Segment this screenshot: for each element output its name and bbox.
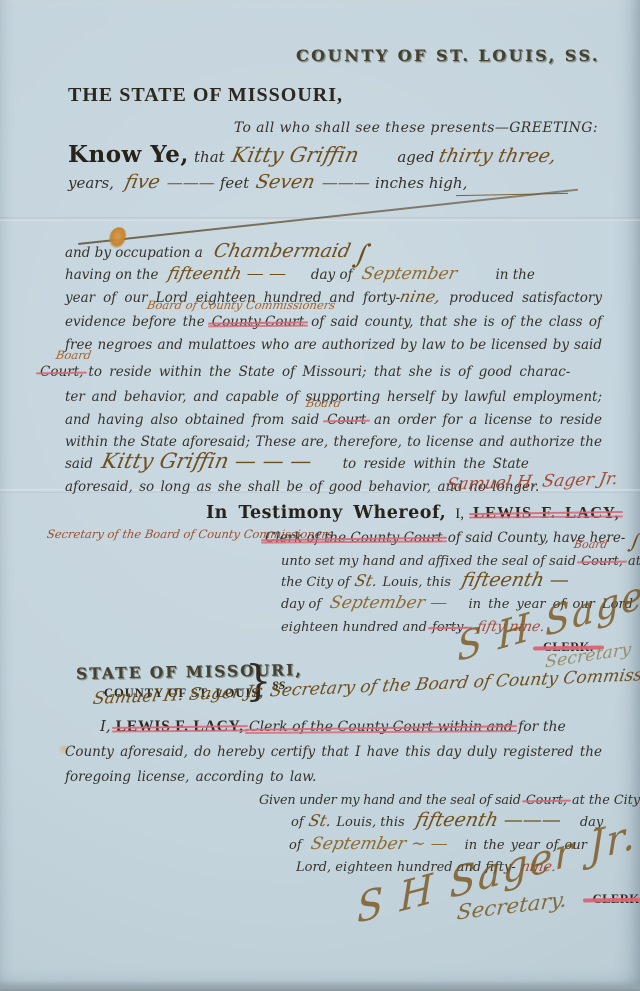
name-repeat-line: said Kitty Griffin — — — to reside withi…	[65, 451, 529, 473]
printed-said: said	[65, 456, 93, 472]
obtained-line: and having also obtained from said Court…	[65, 409, 602, 429]
printed-years: years,	[68, 174, 114, 192]
court-struck: Court,	[526, 793, 567, 809]
intro-line-2: years, five ——— feet Seven ——— inches hi…	[68, 173, 467, 193]
within-line: within the State aforesaid; These are, t…	[65, 431, 602, 451]
day-entry: fifteenth — —	[166, 266, 288, 283]
board-commissioners-annotation: Board of County Commissioners	[146, 300, 336, 312]
clerk-label-struck: CLERK.	[593, 892, 640, 907]
page-bottom-edge	[0, 981, 640, 991]
printed-class-label: of said county, that she is of the class…	[311, 314, 602, 330]
day-entry: fifteenth ———	[414, 811, 563, 830]
intro-line-1: Know Ye, that Kitty Griffin aged thirty …	[68, 141, 556, 168]
height-inches-entry: Seven	[254, 173, 317, 192]
printed-to-reside: to reside within the State	[343, 456, 529, 472]
printed-feet: feet	[220, 174, 249, 192]
st-entry: St.	[307, 813, 333, 829]
month-entry: September ~ —	[309, 836, 449, 853]
testimony-city-line: the City of St. Louis, this fifteenth —	[281, 571, 569, 591]
court-struck: Court,	[581, 554, 623, 570]
printed-foregoing-line: foregoing license, according to law.	[65, 769, 316, 785]
printed-at: at	[628, 554, 640, 569]
occupation-entry: Chambermaid	[212, 242, 352, 261]
certification-clerk-line: I, LEWIS F. LACY, Clerk of the County Co…	[100, 716, 566, 737]
printed-free-line: free negroes and mulattoes who are autho…	[65, 337, 602, 353]
printed-of: of	[289, 838, 302, 853]
printed-certify-line: County aforesaid, do hereby certify that…	[65, 744, 602, 760]
printed-obtained-label: and having also obtained from said	[65, 412, 319, 428]
name-entry: Kitty Griffin	[230, 145, 361, 166]
month-entry: September —	[328, 595, 449, 612]
foregoing-line: foregoing license, according to law.	[65, 766, 316, 786]
county-court-struck: County Court	[212, 314, 304, 331]
testimony-unto-line: unto set my hand and affixed the seal of…	[281, 550, 640, 570]
printed-day-of: day of	[311, 267, 353, 283]
printed-within-line: within the State aforesaid; These are, t…	[65, 434, 602, 450]
given-line: Given under my hand and the seal of said…	[259, 789, 640, 809]
printed-louis-this: Louis, this	[336, 815, 404, 830]
printed-given-line: Given under my hand and the seal of said	[259, 793, 521, 808]
printed-reside-line: to reside within the State of Missouri; …	[88, 364, 570, 380]
printed-eighteen: eighteen hundred and	[281, 620, 427, 635]
evidence-line: evidence before the County Court of said…	[65, 311, 602, 331]
county-ss-heading: COUNTY OF ST. LOUIS, SS.	[296, 46, 600, 65]
in-testimony-heading: In Testimony Whereof,	[206, 503, 446, 523]
document-page: COUNTY OF ST. LOUIS, SS. THE STATE OF MI…	[0, 0, 640, 991]
month-entry: September	[360, 266, 458, 283]
printed-i: I,	[100, 717, 111, 735]
printed-produced: produced satisfactory	[449, 290, 602, 306]
free-negroes-line: free negroes and mulattoes who are autho…	[65, 334, 602, 354]
court-struck: Court	[327, 412, 366, 429]
printed-inches-high: inches high,	[375, 174, 467, 192]
fill-dash: ———	[320, 175, 371, 191]
printed-city-label: the City of	[281, 575, 350, 590]
day-entry: fifteenth —	[460, 571, 571, 590]
printed-order-line: an order for a license to reside	[374, 412, 602, 428]
name-repeat-entry: Kitty Griffin — — —	[100, 451, 314, 472]
printed-at-city: at the City	[572, 793, 640, 808]
clerk-within-struck: Clerk of the County Court within and	[249, 719, 513, 737]
age-entry: thirty three,	[437, 147, 558, 166]
given-city-line: of St. Louis, this fifteenth ——— day	[291, 811, 603, 831]
lacy-name-struck: LEWIS F. LACY,	[473, 503, 619, 523]
testimony-heading-line: In Testimony Whereof, I, LEWIS F. LACY,	[206, 503, 620, 523]
printed-for-the: for the	[518, 719, 566, 735]
st-entry: St.	[353, 573, 379, 589]
printed-i: I,	[455, 506, 464, 522]
board-annotation: Board	[305, 398, 342, 410]
reside-line: Court, to reside within the State of Mis…	[40, 361, 570, 381]
clerk-of-court-struck: Clerk of the County Court	[265, 530, 443, 547]
state-title: THE STATE OF MISSOURI,	[68, 84, 343, 107]
board-annotation: Board	[55, 350, 92, 362]
height-feet-entry: five	[123, 173, 162, 192]
printed-in-the: in the	[495, 267, 534, 283]
printed-day-of: day of	[281, 597, 321, 612]
know-ye-heading: Know Ye,	[68, 141, 189, 168]
printed-unto-line: unto set my hand and affixed the seal of…	[281, 554, 576, 569]
printed-evidence-label: evidence before the	[65, 314, 205, 330]
printed-louis-this: Louis, this	[383, 575, 451, 590]
printed-aged: aged	[397, 148, 434, 166]
salutation: To all who shall see these presents—GREE…	[234, 120, 598, 138]
court-struck: Court,	[40, 364, 83, 381]
printed-that: that	[194, 148, 225, 166]
printed-having-label: having on the	[65, 267, 159, 283]
fill-dash: ———	[165, 175, 216, 191]
year-entry: nine,	[398, 289, 442, 305]
printed-occupation-label: and by occupation a	[65, 245, 203, 261]
board-annotation: Board	[573, 539, 609, 550]
date-line: having on the fifteenth — — day of Septe…	[65, 264, 535, 284]
lacy-name-struck: LEWIS F. LACY,	[116, 718, 244, 736]
printed-of: of	[291, 815, 304, 830]
certify-line: County aforesaid, do hereby certify that…	[65, 741, 602, 761]
